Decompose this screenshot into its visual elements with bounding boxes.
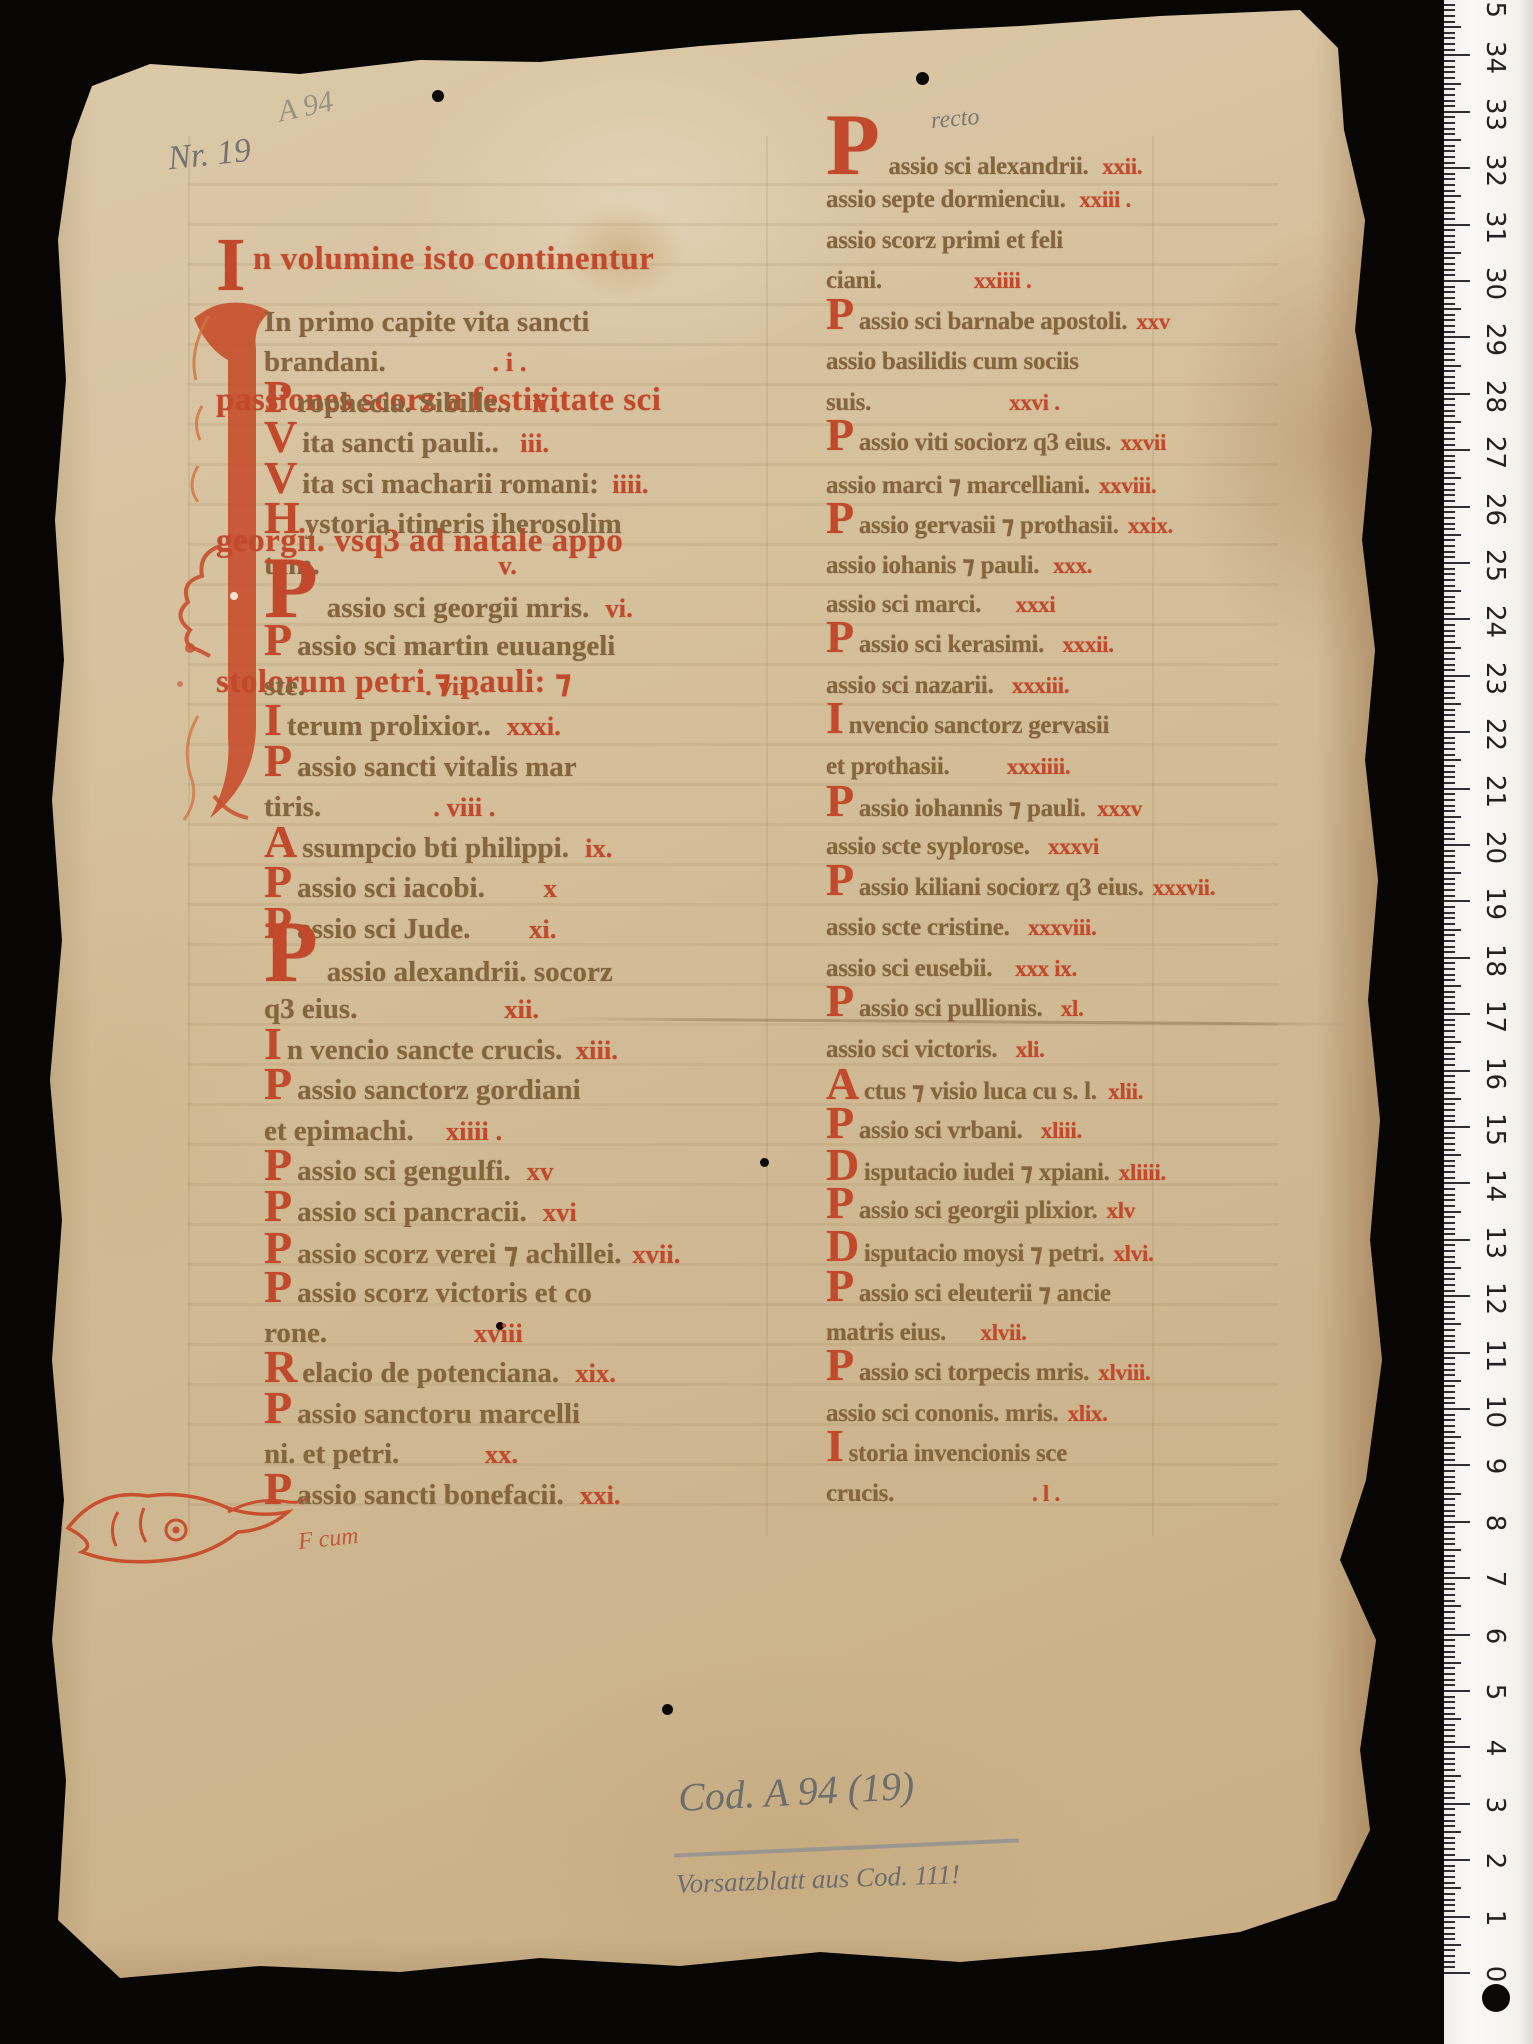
- toc-numeral: xliiii.: [1119, 1160, 1166, 1186]
- ruler-tick: [1444, 365, 1461, 367]
- ruler-tick: [1444, 1470, 1455, 1472]
- ruler-tick: [1444, 1335, 1455, 1337]
- ruler-tick: [1444, 1120, 1455, 1122]
- toc-line: assio sci cononis. mris.xlix.: [826, 1400, 1226, 1440]
- ruler-tick: [1444, 1058, 1455, 1060]
- ruler-tick: [1444, 190, 1455, 192]
- ruler-tick: [1444, 1797, 1455, 1799]
- ruler-tick: [1444, 1464, 1470, 1466]
- ruler-tick: [1444, 1030, 1455, 1032]
- ruler-tick: [1444, 1442, 1455, 1444]
- ruler-tick: [1444, 900, 1470, 902]
- ruler-label: 8: [1480, 1508, 1510, 1538]
- ruler-tick: [1444, 184, 1455, 186]
- ruler-tick: [1444, 1250, 1455, 1252]
- toc-text: assio sci cononis. mris.: [826, 1400, 1058, 1428]
- ruler-label: 33: [1480, 98, 1510, 128]
- toc-line: Invencio sanctorz gervasii: [826, 712, 1226, 752]
- ruler-label: 9: [1480, 1451, 1510, 1481]
- toc-text: assio basilidis cum sociis: [826, 348, 1079, 376]
- toc-numeral: xiii.: [576, 1035, 618, 1066]
- ruler-tick: [1444, 1160, 1455, 1162]
- ruler-tick: [1444, 867, 1455, 869]
- ruler-tick: [1444, 1244, 1455, 1246]
- ruler-tick: [1444, 765, 1455, 767]
- toc-line: Passio kiliani sociorz q3 eius.xxxvii.: [826, 874, 1226, 914]
- ruler-tick: [1444, 1639, 1455, 1641]
- ruler-tick: [1444, 162, 1455, 164]
- ruler-tick: [1444, 573, 1455, 575]
- ruler-tick: [1444, 1498, 1455, 1500]
- ruler-tick: [1444, 229, 1455, 231]
- ruler-tick: [1444, 816, 1461, 818]
- ruler-tick: [1444, 1899, 1455, 1901]
- ruler-tick: [1444, 1831, 1461, 1833]
- ruler-tick: [1444, 105, 1455, 107]
- toc-numeral: xl.: [1061, 996, 1084, 1022]
- ruler-tick: [1444, 1295, 1470, 1297]
- ruler-tick: [1444, 545, 1455, 547]
- ruler-tick: [1444, 280, 1470, 282]
- ruler-tick: [1444, 1171, 1455, 1173]
- ruler-tick: [1444, 1848, 1455, 1850]
- toc-line: assio sci victoris.xli.: [826, 1036, 1226, 1076]
- ruler-tick: [1444, 1594, 1455, 1596]
- toc-text: assio scte syplorose.: [826, 833, 1030, 861]
- ruler-tick: [1444, 21, 1455, 23]
- ruler-tick: [1444, 1301, 1455, 1303]
- ruler-tick: [1444, 1408, 1470, 1410]
- wormhole: [662, 1704, 673, 1715]
- ruler-tick: [1444, 607, 1455, 609]
- toc-numeral: xxxiii.: [1012, 673, 1069, 699]
- toc-text: assio gervasii ⁊ prothasii.: [859, 510, 1119, 540]
- ruler-tick: [1444, 1357, 1455, 1359]
- ruler-tick: [1444, 133, 1455, 135]
- toc-line: Relacio de potenciana.xix.: [264, 1357, 824, 1397]
- ruler-tick: [1444, 1961, 1455, 1963]
- toc-line: assio scte syplorose.xxxvi: [826, 833, 1226, 873]
- toc-text: assio scorz verei ⁊ achillei.: [297, 1236, 621, 1271]
- ruler-label: 14: [1480, 1169, 1510, 1199]
- ruler-tick: [1444, 308, 1461, 310]
- toc-numeral: xvi: [543, 1197, 577, 1228]
- ruler-tick: [1444, 585, 1455, 587]
- toc-text: assio kiliani sociorz q3 eius.: [859, 874, 1144, 902]
- ruler-tick: [1444, 1679, 1455, 1681]
- ruler-tick: [1444, 1256, 1455, 1258]
- ruler-tick: [1444, 1526, 1455, 1528]
- ruler-tick: [1444, 494, 1455, 496]
- ruler-tick: [1444, 156, 1455, 158]
- toc-numeral: xix.: [575, 1358, 616, 1389]
- toc-text: assio sci alexandrii.: [888, 153, 1088, 181]
- toc-text: assio sci barnabe apostoli.: [859, 308, 1127, 336]
- toc-line: ni. et petri.xx.: [264, 1438, 824, 1478]
- ruler-tick: [1444, 1865, 1455, 1867]
- pencil-recto-note: recto: [930, 104, 981, 135]
- ruler-label: 30: [1480, 267, 1510, 297]
- ruler-tick: [1444, 314, 1455, 316]
- toc-numeral: xxiii .: [1079, 187, 1131, 213]
- ruler-tick: [1444, 286, 1455, 288]
- ruler-tick: [1444, 387, 1455, 389]
- ruler-tick: [1444, 562, 1470, 564]
- ruler-tick: [1444, 968, 1455, 970]
- ruler-tick: [1444, 1504, 1455, 1506]
- toc-numeral: vi.: [605, 593, 632, 624]
- ruler-tick: [1444, 601, 1455, 603]
- wormhole: [916, 72, 929, 85]
- toc-numeral: xxv: [1136, 309, 1170, 335]
- toc-text: assio marci ⁊ marcelliani.: [826, 470, 1090, 500]
- ruler-tick: [1444, 1143, 1455, 1145]
- toc-numeral: xx.: [485, 1439, 518, 1470]
- ruler-tick: [1444, 145, 1455, 147]
- ruler-tick: [1444, 1622, 1455, 1624]
- ruler-label: 12: [1480, 1282, 1510, 1312]
- ruler-tick: [1444, 1763, 1455, 1765]
- ruler-tick: [1444, 1842, 1455, 1844]
- ruler-tick: [1444, 1459, 1455, 1461]
- ruler-tick: [1444, 1493, 1461, 1495]
- ruler-tick: [1444, 376, 1455, 378]
- ruler-tick: [1444, 1927, 1455, 1929]
- ruler-tick: [1444, 1549, 1461, 1551]
- toc-numeral: x: [544, 873, 557, 904]
- toc-numeral: xxxvi: [1048, 834, 1099, 860]
- ruler-tick: [1444, 37, 1455, 39]
- ruler-tick: [1444, 534, 1461, 536]
- ruler-tick: [1444, 991, 1455, 993]
- ruler-label: 11: [1480, 1339, 1510, 1369]
- ruler-tick: [1444, 111, 1470, 113]
- ruler-tick: [1444, 1329, 1455, 1331]
- ruler-tick: [1444, 1041, 1461, 1043]
- ruler-tick: [1444, 1261, 1455, 1263]
- ruler-tick: [1444, 1165, 1455, 1167]
- ruler-tick: [1444, 1910, 1455, 1912]
- toc-numeral: xxx ix.: [1015, 956, 1077, 982]
- ruler-tick: [1444, 9, 1455, 11]
- ruler-tick: [1444, 1013, 1470, 1015]
- ruler-label: 25: [1480, 549, 1510, 579]
- toc-text: assio sci vrbani.: [859, 1117, 1023, 1145]
- ruler-tick: [1444, 1447, 1455, 1449]
- ruler-tick: [1444, 1318, 1455, 1320]
- toc-numeral: xlv: [1107, 1198, 1136, 1224]
- ruler-tick: [1444, 1532, 1455, 1534]
- ruler-tick: [1444, 827, 1455, 829]
- toc-line: assio basilidis cum sociis: [826, 348, 1226, 388]
- ruler-tick: [1444, 771, 1455, 773]
- toc-line: et prothasii.xxxiiii.: [826, 753, 1226, 793]
- ruler-tick: [1444, 799, 1455, 801]
- ruler-tick: [1444, 1177, 1455, 1179]
- ruler-tick: [1444, 1273, 1455, 1275]
- ruler-tick: [1444, 923, 1455, 925]
- toc-text: terum prolixior..: [287, 710, 491, 743]
- ruler-tick: [1444, 66, 1455, 68]
- toc-numeral: iiii.: [612, 469, 648, 500]
- ruler-tick: [1444, 861, 1455, 863]
- ruler-tick: [1444, 669, 1455, 671]
- ruler-tick: [1444, 833, 1455, 835]
- toc-line: Passio sci Jude.xi.: [264, 913, 824, 953]
- ruler-tick: [1444, 539, 1455, 541]
- toc-text: isputacio moysi ⁊ petri.: [864, 1238, 1104, 1268]
- ruler-tick: [1444, 630, 1455, 632]
- ruler-tick: [1444, 150, 1455, 152]
- toc-numeral: ii .: [532, 388, 560, 419]
- ruler-label: 18: [1480, 944, 1510, 974]
- ruler-tick: [1444, 788, 1470, 790]
- ruler-tick: [1444, 116, 1455, 118]
- ruler-label: 35: [1480, 0, 1510, 15]
- ruler-tick: [1444, 697, 1455, 699]
- ruler-tick: [1444, 1436, 1461, 1438]
- ruler-label: 16: [1480, 1057, 1510, 1087]
- toc-numeral: xii.: [504, 994, 539, 1025]
- ruler-tick: [1444, 1481, 1455, 1483]
- ruler-tick: [1444, 906, 1455, 908]
- ruler-tick: [1444, 1397, 1455, 1399]
- ruler-tick: [1444, 1651, 1455, 1653]
- toc-text: assio sancti bonefacii.: [297, 1479, 564, 1512]
- ruler-tick: [1444, 1684, 1455, 1686]
- ruler-tick: [1444, 1707, 1455, 1709]
- toc-line: assio scorz primi et feli: [826, 227, 1226, 267]
- toc-column-right: Passio sci alexandrii.xxii.assio septe d…: [826, 146, 1226, 1521]
- ruler-tick: [1444, 1780, 1455, 1782]
- ruler-label: 0: [1480, 1959, 1510, 1989]
- toc-text: assio sci Jude.: [297, 913, 470, 946]
- ruler-tick: [1444, 348, 1455, 350]
- toc-text: assio alexandrii. socorz: [327, 956, 613, 989]
- ruler-tick: [1444, 1572, 1455, 1574]
- ruler-tick: [1444, 1966, 1455, 1968]
- toc-line: assio iohanis ⁊ pauli.xxx.: [826, 550, 1226, 590]
- wormhole: [432, 90, 444, 102]
- ruler-tick: [1444, 1115, 1455, 1117]
- ruler-tick: [1444, 477, 1461, 479]
- toc-numeral: xxvi .: [1009, 390, 1060, 416]
- ruler-tick: [1444, 1876, 1455, 1878]
- ruler-tick: [1444, 212, 1455, 214]
- ruler-tick: [1444, 1414, 1455, 1416]
- toc-line: Passio sci martin euuangeli: [264, 630, 824, 670]
- toc-text: assio sci pullionis.: [859, 995, 1043, 1023]
- ruler-tick: [1444, 1949, 1455, 1951]
- ruler-tick: [1444, 1070, 1470, 1072]
- ruler-tick: [1444, 1419, 1455, 1421]
- toc-line: Passio sci gengulfi.xv: [264, 1155, 824, 1195]
- toc-numeral: xxi.: [580, 1480, 621, 1511]
- toc-line: brandani.. i .: [264, 346, 824, 386]
- ruler-tick: [1444, 1713, 1455, 1715]
- toc-numeral: xxxii.: [1062, 632, 1113, 658]
- ruler-label: 24: [1480, 605, 1510, 635]
- ruler-tick: [1444, 1690, 1470, 1692]
- ruler-tick: [1444, 1521, 1470, 1523]
- ruler-tick: [1444, 54, 1470, 56]
- ruler-tick: [1444, 1087, 1455, 1089]
- ruler-tick: [1444, 1290, 1455, 1292]
- ruler-tick: [1444, 917, 1455, 919]
- toc-text: elacio de potenciana.: [302, 1357, 559, 1390]
- toc-numeral: xxiiii .: [974, 268, 1032, 294]
- ruler-tick: [1444, 415, 1455, 417]
- toc-numeral: xxviii.: [1099, 473, 1156, 499]
- ruler-label: 28: [1480, 380, 1510, 410]
- ruler-label: 21: [1480, 775, 1510, 805]
- toc-numeral: xi.: [529, 914, 556, 945]
- ruler-tick: [1444, 675, 1470, 677]
- ruler-tick: [1444, 336, 1470, 338]
- ruler-tick: [1444, 43, 1455, 45]
- toc-line: Passio sanctoru marcelli: [264, 1398, 824, 1438]
- ruler-tick: [1444, 274, 1455, 276]
- ruler-tick: [1444, 77, 1455, 79]
- toc-text: storia invencionis sce: [849, 1440, 1067, 1468]
- ruler-tick: [1444, 1837, 1455, 1839]
- toc-text: ita sci macharii romani:: [302, 468, 599, 501]
- ruler-tick: [1444, 709, 1455, 711]
- ruler-tick: [1444, 1566, 1455, 1568]
- toc-text: ystoria itineris iherosolim: [305, 508, 622, 541]
- ruler-label: 7: [1480, 1564, 1510, 1594]
- toc-line: rone.xviii: [264, 1317, 824, 1357]
- ruler-tick: [1444, 946, 1455, 948]
- ruler-tick: [1444, 805, 1455, 807]
- ruler-tick: [1444, 1645, 1455, 1647]
- toc-numeral: xv: [527, 1156, 554, 1187]
- ruler-tick: [1444, 838, 1455, 840]
- ruler-tick: [1444, 703, 1461, 705]
- ruler-tick: [1444, 1696, 1455, 1698]
- toc-line: Passio gervasii ⁊ prothasii.xxix.: [826, 510, 1226, 550]
- ruler-tick: [1444, 895, 1455, 897]
- toc-text: assio scorz primi et feli: [826, 227, 1063, 255]
- toc-text: assio sci iacobi.: [297, 872, 485, 905]
- ruler-tick: [1444, 100, 1455, 102]
- ruler-tick: [1444, 872, 1461, 874]
- toc-text: assio sanctoru marcelli: [297, 1398, 580, 1431]
- ruler-tick: [1444, 754, 1455, 756]
- ruler-tick: [1444, 1933, 1455, 1935]
- ruler-tick: [1444, 1893, 1455, 1895]
- ruler-tick: [1444, 1154, 1461, 1156]
- ruler-tick: [1444, 1735, 1455, 1737]
- ruler-tick: [1444, 821, 1455, 823]
- toc-numeral: . i .: [492, 347, 526, 378]
- ruler-tick: [1444, 1972, 1470, 1974]
- ruler-tick: [1444, 1820, 1455, 1822]
- ruler-tick: [1444, 1402, 1455, 1404]
- ruler-tick: [1444, 658, 1455, 660]
- ruler-tick: [1444, 483, 1455, 485]
- ruler-tick: [1444, 4, 1455, 6]
- ruler-tick: [1444, 855, 1455, 857]
- ruler-tick: [1444, 257, 1455, 259]
- toc-numeral: . vii .: [425, 671, 480, 702]
- ruler-tick: [1444, 782, 1455, 784]
- ruler-tick: [1444, 455, 1455, 457]
- ruler-tick: [1444, 1352, 1470, 1354]
- toc-text: isputacio iudei ⁊ xpiani.: [864, 1157, 1110, 1187]
- ruler-tick: [1444, 460, 1455, 462]
- toc-numeral: xxvii: [1120, 430, 1166, 456]
- ruler-tick: [1444, 1075, 1455, 1077]
- ruler-tick: [1444, 1340, 1455, 1342]
- ruler-tick: [1444, 1673, 1455, 1675]
- toc-text: assio septe dormienciu.: [826, 186, 1066, 214]
- ruler-tick: [1444, 500, 1455, 502]
- ruler-tick: [1444, 590, 1461, 592]
- toc-line: Passio viti sociorz q3 eius.xxvii: [826, 429, 1226, 469]
- ruler-label: 3: [1480, 1790, 1510, 1820]
- ruler-tick: [1444, 1132, 1455, 1134]
- toc-line: assio scte cristine.xxxviii.: [826, 914, 1226, 954]
- ruler-tick: [1444, 759, 1461, 761]
- ruler-tick: [1444, 641, 1455, 643]
- ruler-tick: [1444, 1425, 1455, 1427]
- toc-text: assio sci nazarii.: [826, 672, 994, 700]
- ruler-label: 26: [1480, 493, 1510, 523]
- toc-text: crucis.: [826, 1480, 894, 1508]
- toc-numeral: xlix.: [1068, 1401, 1108, 1427]
- toc-text: assio sci georgii plixior.: [859, 1197, 1098, 1225]
- toc-numeral: xiiii .: [446, 1116, 502, 1147]
- manuscript-photo-stage: F cum A 94 Nr. 19 recto Cod. A 94 (19) V…: [0, 0, 1533, 2044]
- ruler-label: 23: [1480, 662, 1510, 692]
- ruler-tick: [1444, 1199, 1455, 1201]
- ruler-tick: [1444, 1239, 1470, 1241]
- ruler-tick: [1444, 929, 1461, 931]
- toc-numeral: . viii .: [433, 792, 495, 823]
- ruler-tick: [1444, 912, 1455, 914]
- toc-text: assio scte cristine.: [826, 914, 1010, 942]
- toc-numeral: xxxi: [1016, 592, 1056, 618]
- ruler-tick: [1444, 1814, 1455, 1816]
- ruler-tick: [1444, 1149, 1455, 1151]
- ruler-tick: [1444, 88, 1455, 90]
- toc-line: Passio sci pullionis.xl.: [826, 995, 1226, 1035]
- toc-line: matris eius.xlvii.: [826, 1319, 1226, 1359]
- toc-numeral: . l .: [1032, 1481, 1060, 1507]
- ruler-tick: [1444, 201, 1455, 203]
- ruler-tick: [1444, 1560, 1455, 1562]
- ruler-tick: [1444, 1284, 1455, 1286]
- toc-line: Passio sci barnabe apostoli.xxv: [826, 308, 1226, 348]
- toc-line: assio sci eusebii.xxx ix.: [826, 955, 1226, 995]
- ruler-tick: [1444, 128, 1455, 130]
- toc-text: assio sci gengulfi.: [297, 1155, 511, 1188]
- ruler-tick: [1444, 1380, 1461, 1382]
- ruler-tick: [1444, 472, 1455, 474]
- ruler-label: 34: [1480, 41, 1510, 71]
- ruler-tick: [1444, 319, 1455, 321]
- ruler-tick: [1444, 263, 1455, 265]
- ruler-tick: [1444, 1555, 1455, 1557]
- toc-line: Passio sanctorz gordiani: [264, 1074, 824, 1114]
- toc-line: Passio alexandrii. socorz: [264, 953, 824, 993]
- ruler-tick: [1444, 523, 1455, 525]
- toc-line: Assumpcio bti philippi.ix.: [264, 832, 824, 872]
- ruler-tick: [1444, 1103, 1455, 1105]
- red-cursive-note: F cum: [297, 1523, 360, 1556]
- ruler-tick: [1444, 1391, 1455, 1393]
